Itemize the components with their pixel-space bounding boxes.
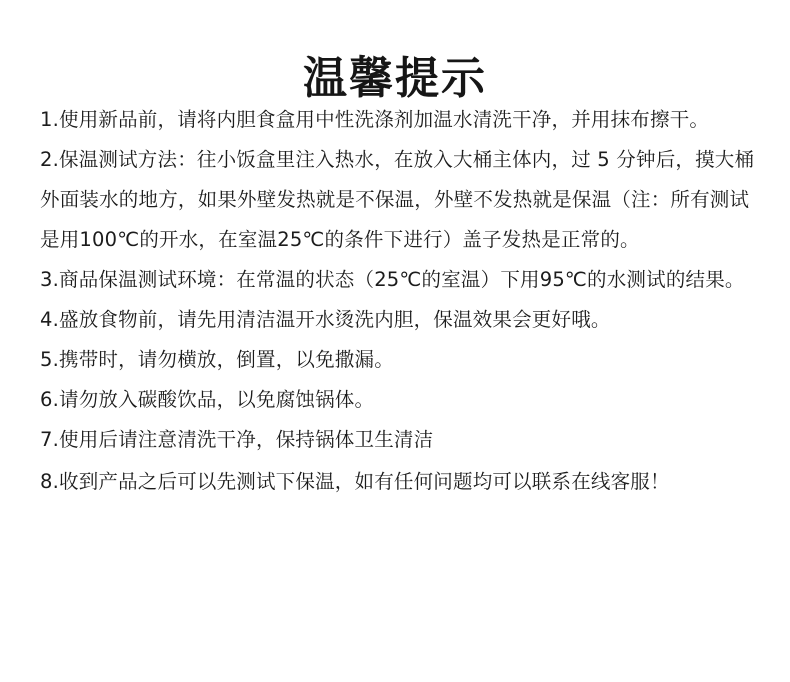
- tip-item-2: 2.保温测试方法：往小饭盒里注入热水，在放入大桶主体内，过 5 分钟后，摸大桶外…: [40, 140, 760, 260]
- tip-item-5: 5.携带时，请勿横放，倒置，以免撒漏。: [40, 340, 760, 380]
- tips-list: 1.使用新品前，请将内胆食盒用中性洗涤剂加温水清洗干净，并用抹布擦干。 2.保温…: [40, 100, 760, 502]
- tip-item-1: 1.使用新品前，请将内胆食盒用中性洗涤剂加温水清洗干净，并用抹布擦干。: [40, 100, 760, 140]
- tip-item-4: 4.盛放食物前，请先用清洁温开水烫洗内胆，保温效果会更好哦。: [40, 300, 760, 340]
- tip-item-6: 6.请勿放入碳酸饮品，以免腐蚀锅体。: [40, 380, 760, 420]
- tip-item-7: 7.使用后请注意清洗干净，保持锅体卫生清洁: [40, 420, 760, 460]
- tip-item-3: 3.商品保温测试环境：在常温的状态（25℃的室温）下用95℃的水测试的结果。: [40, 260, 760, 300]
- tip-item-8: 8.收到产品之后可以先测试下保温，如有任何问题均可以联系在线客服！: [40, 462, 760, 502]
